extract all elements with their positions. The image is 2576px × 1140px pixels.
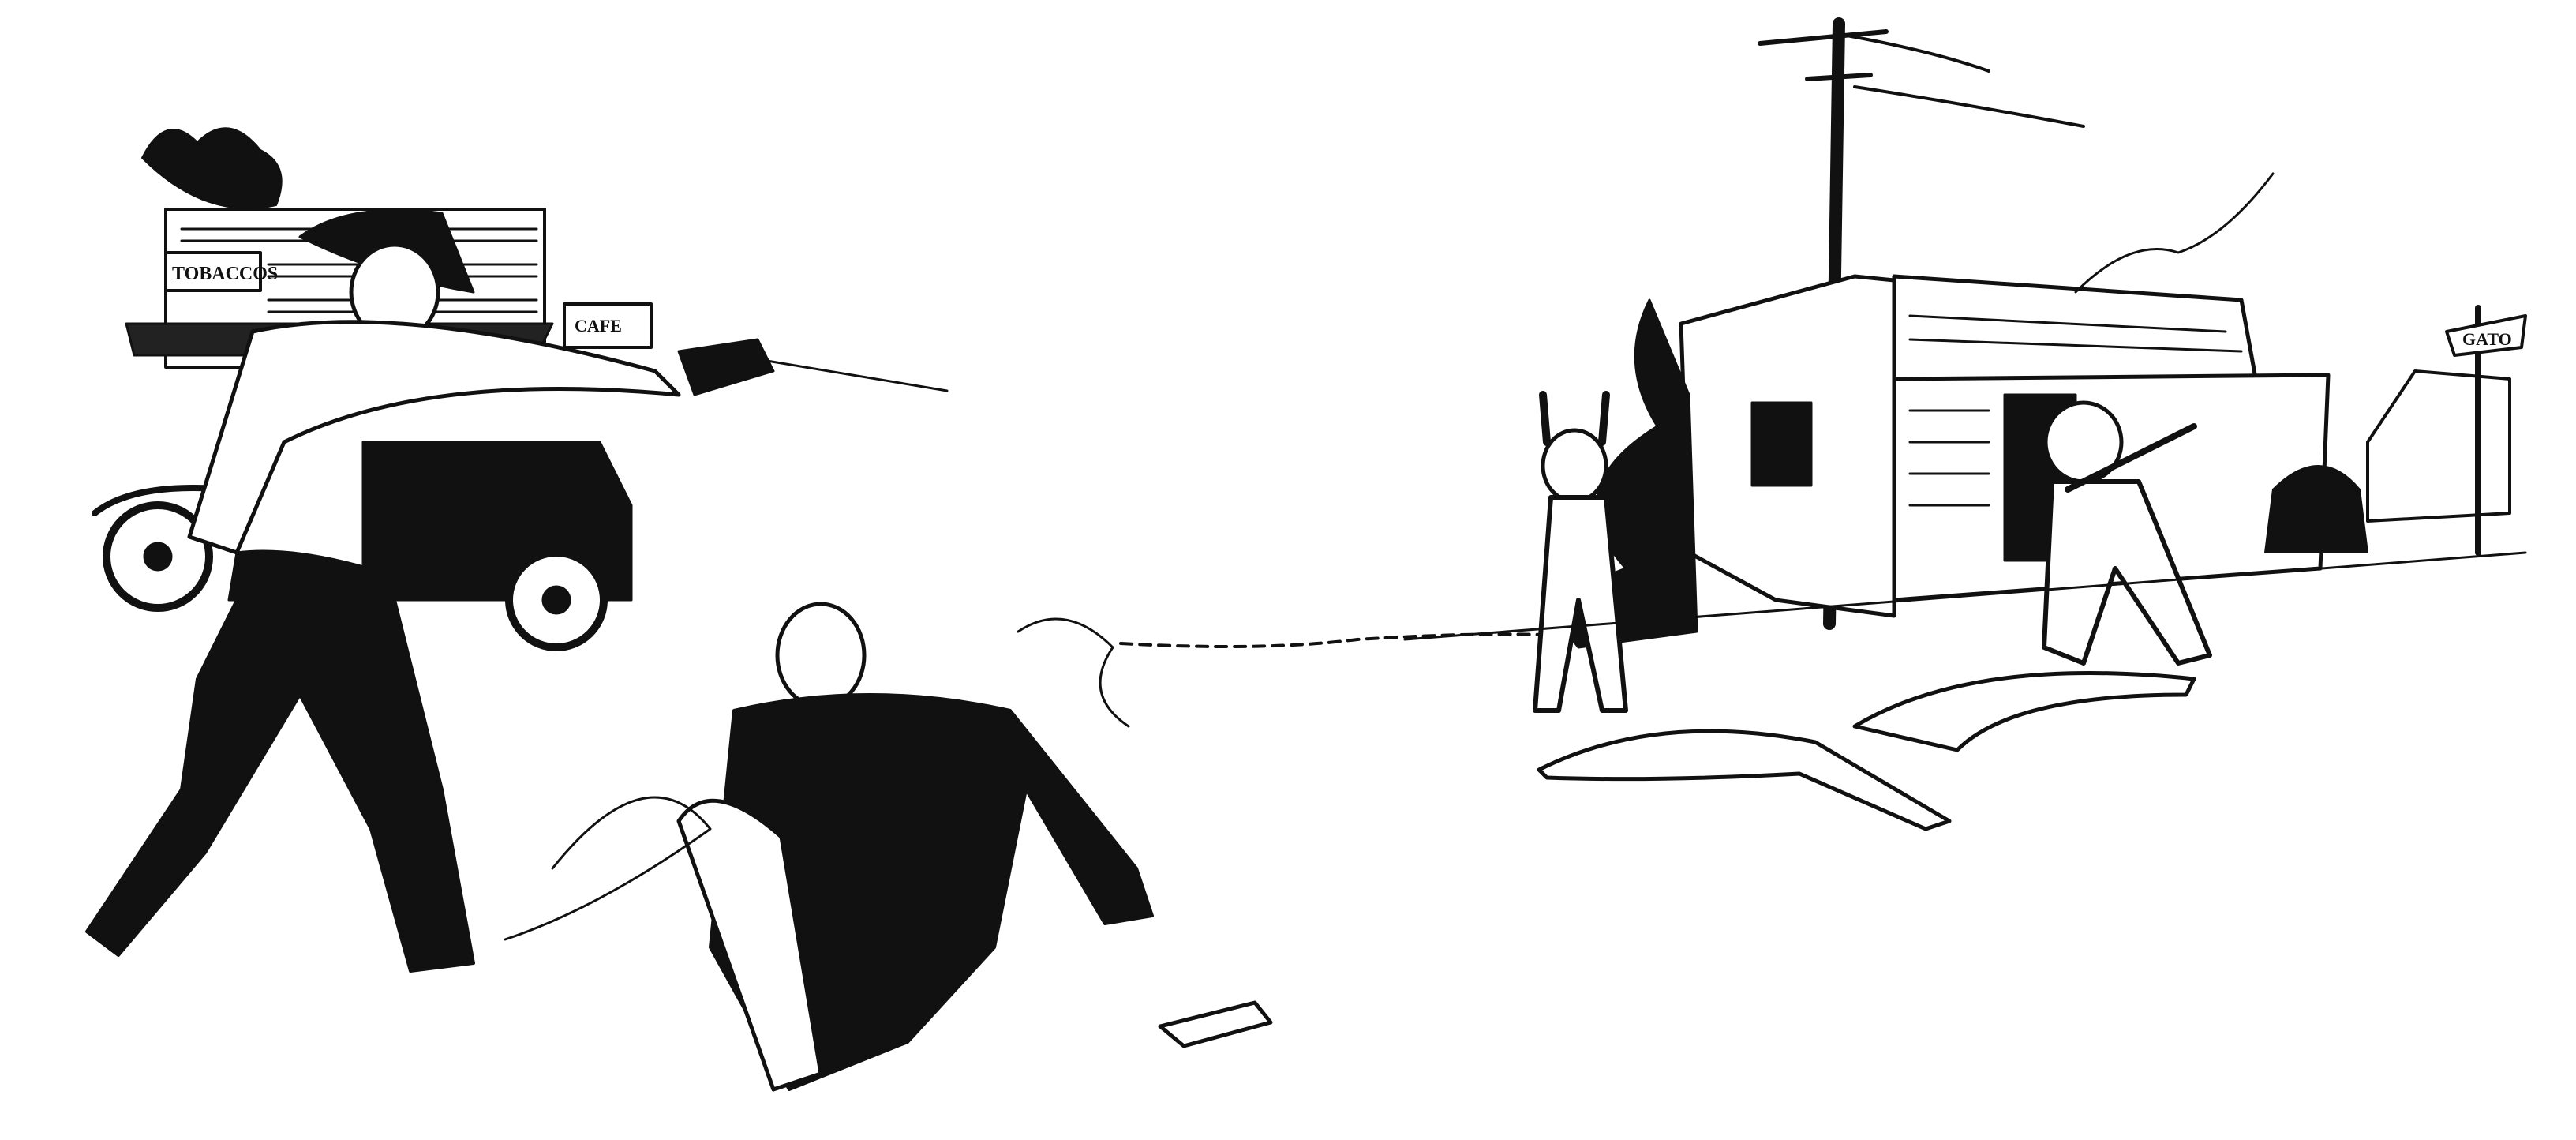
fallen-men — [1539, 673, 2194, 830]
adobe-building — [1566, 276, 2328, 647]
road-sign: GATO — [2462, 329, 2512, 349]
dropped-pistol — [1160, 1003, 1271, 1046]
gunman-with-hands-raised — [1535, 395, 1626, 711]
tobacco-sign: TOBACCOS — [172, 264, 278, 284]
wounded-man-on-ground — [505, 604, 1152, 1089]
illustration-canvas: TOBACCOS CAFE — [0, 0, 2576, 1140]
cafe-sign: CAFE — [575, 316, 622, 336]
